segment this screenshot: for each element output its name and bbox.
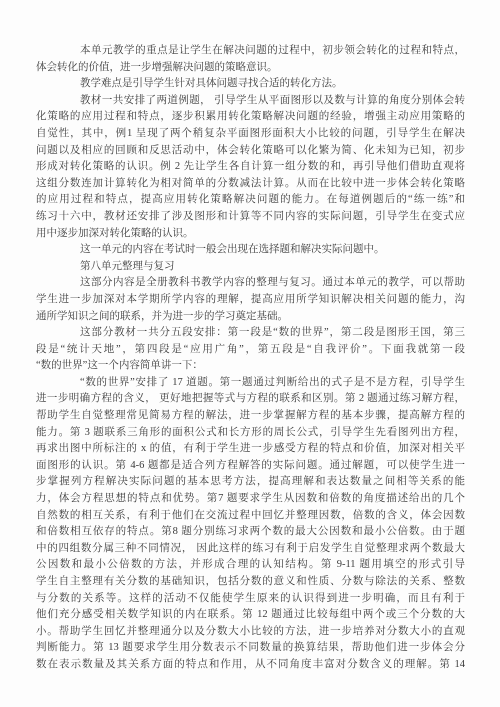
text-line: 力，体会方程思想的特点和优势。第7 题要求学生从因数和倍数的角度描述给出的几个 — [36, 491, 465, 508]
text-line: 这组分数连加计算转化为相对简单的分数减法计算。从而在比较中进一步体会转化策略 — [36, 176, 465, 193]
text-line: 再求出图中所标注的 x 的值，有利于学生进一步感受方程的特点和价值，加深对相关平 — [36, 441, 465, 458]
text-line: 公因数和最小公倍数的方法，并形成合理的认知结构。第 9-11 题用填空的形式引导 — [36, 557, 465, 574]
text-line: 学生进一步加深对本学期所学内容的理解，提高应用所学知识解决相关问题的能力，沟 — [36, 292, 465, 309]
text-line: 步掌握列方程解决实际问题的基本思考方法，提高理解和表达数量之间相等关系的能 — [36, 474, 465, 491]
text-line: 帮助学生自觉整理常见简易方程的解法，进一步掌握解方程的基本步骤，提高解方程的 — [36, 408, 465, 425]
text-line: 用中逐步加深对转化策略的认识。 — [36, 226, 465, 243]
text-line: 教材一共安排了两道例题， 引导学生从平面图形以及数与计算的角度分别体会转 — [36, 93, 465, 110]
text-line: 教学难点是引导学生针对具体问题寻找合适的转化方法。 — [36, 76, 465, 93]
text-line: 这部分教材一共分五段安排：第一段是“数的世界”，第二段是图形王国，第三 — [36, 325, 465, 342]
text-line: “数的世界”安排了 17 道题。第一题通过判断给出的式子是不是方程，引导学生 — [36, 375, 465, 392]
text-line: 化策略的应用过程和特点，逐步积累用转化策略解决问题的经验，增强主动应用策略的 — [36, 109, 465, 126]
text-line: 学生自主整理有关分数的基础知识，包括分数的意义和性质、分数与除法的关系、整数 — [36, 574, 465, 591]
text-line: 与分数的关系等。这样的活动不仅能使学生原来的认识得到进一步明确，而且有利于 — [36, 591, 465, 608]
text-line: 这一单元的内容在考试时一般会出现在选择题和解决实际问题中。 — [36, 242, 465, 259]
text-line: 数在表示数量及其关系方面的特点和作用，从不同角度丰富对分数含义的理解。第 14 — [36, 657, 465, 674]
text-line: 中的四组数分属三种不同情况， 因此这样的练习有利于启发学生自觉整理求两个数最大 — [36, 541, 465, 558]
text-line: 能力。第 3 题联系三角形的面积公式和长方形的周长公式，引导学生先看图列出方程， — [36, 425, 465, 442]
text-line: 面图形的认识。第 4-6 题都是适合列方程解答的实际问题。通过解题，可以使学生进… — [36, 458, 465, 475]
text-line: 进一步明确方程的含义， 更好地把握等式与方程的联系和区别。第 2 题通过练习解方… — [36, 391, 465, 408]
text-line: 这部分内容是全册教科书教学内容的整理与复习。通过本单元的教学，可以帮助 — [36, 275, 465, 292]
text-line: 他们充分感受相关数学知识的内在联系。第 12 题通过比较每组中两个或三个分数的大 — [36, 607, 465, 624]
text-line: 段是“统计天地”，第四段是“应用广角”，第五段是“自我评价”。下面我就第一段 — [36, 342, 465, 359]
document-text-body: 本单元教学的重点是让学生在解决问题的过程中，初步领会转化的过程和特点，体会转化的… — [36, 43, 465, 674]
text-line: 自然数的相互关系，有利于他们在交流过程中回忆并整理因数，倍数的含义，体会因数 — [36, 508, 465, 525]
text-line: 第八单元整理与复习 — [36, 259, 465, 276]
text-line: 判断能力。第 13 题要求学生用分数表示不同数量的换算结果，帮助他们进一步体会分 — [36, 640, 465, 657]
document-page: 本单元教学的重点是让学生在解决问题的过程中，初步领会转化的过程和特点，体会转化的… — [0, 0, 500, 707]
text-line: 体会转化的价值，进一步增强解决问题的策略意识。 — [36, 60, 465, 77]
text-line: 本单元教学的重点是让学生在解决问题的过程中，初步领会转化的过程和特点， — [36, 43, 465, 60]
text-line: 通所学知识之间的联系，并为进一步的学习奠定基础。 — [36, 309, 465, 326]
text-line: 形成对转化策略的认识。例 2 先让学生各自计算一组分数的和，再引导他们借助直观将 — [36, 159, 465, 176]
text-line: 和倍数相互依存的特点。第8 题分别练习求两个数的最大公因数和最小公倍数。由于题 — [36, 524, 465, 541]
text-line: 问题以及相应的回顾和反思活动中，体会转化策略可以化繁为简、化未知为已知，初步 — [36, 143, 465, 160]
text-line: 小。帮助学生回忆并整理通分以及分数大小比较的方法，进一步培养对分数大小的直观 — [36, 624, 465, 641]
text-line: 的应用过程和特点，提高应用转化策略解决问题的能力。在每道例题后的“练一练”和 — [36, 192, 465, 209]
text-line: “数的世界”这一个内容简单讲一下： — [36, 358, 465, 375]
text-line: 练习十六中，教材还安排了涉及图形和计算等不同内容的实际问题，引导学生在变式应 — [36, 209, 465, 226]
text-line: 自觉性，其中，例1 呈现了两个稍复杂平面图形面积大小比较的问题，引导学生在解决 — [36, 126, 465, 143]
